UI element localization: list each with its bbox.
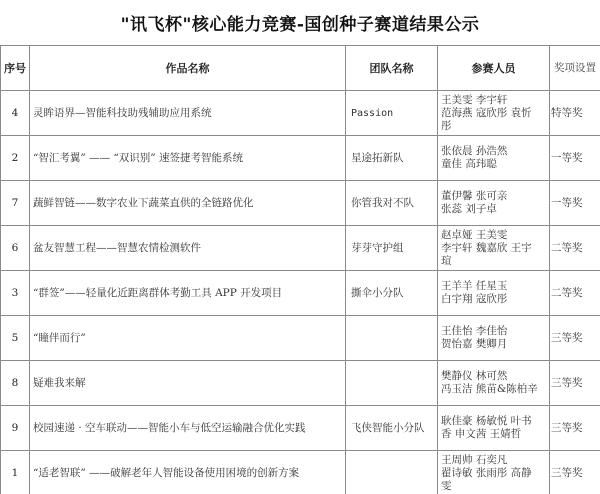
members-line: 赵卓娅 王美雯 bbox=[441, 229, 549, 242]
table-row: 3 “群签”——轻量化近距离群体考勤工具 APP 开发项目 撕伞小分队 王羊羊 … bbox=[1, 271, 600, 316]
cell-work: “适老智联” ——破解老年人智能设备使用困境的创新方案 bbox=[30, 451, 346, 494]
members-line: 冯玉洁 熊苗&陈柏辛 bbox=[441, 383, 549, 396]
cell-work: 灵眸语界—智能科技助残辅助应用系统 bbox=[30, 91, 346, 136]
header-work: 作品名称 bbox=[30, 46, 346, 91]
cell-members: 董伊馨 张可亲 张蕊 刘子卓 bbox=[438, 181, 550, 226]
table-row: 5 “瞳伴而行” 王佳怡 李佳怡 贺怡嘉 樊卿月 三等奖 bbox=[1, 316, 600, 361]
cell-award: 二等奖 bbox=[550, 226, 600, 271]
members-line: 王佳怡 李佳怡 bbox=[441, 325, 549, 338]
header-index: 序号 bbox=[1, 46, 30, 91]
cell-members: 耿佳豪 杨敏悦 叶书 香 申文茜 王婧哲 bbox=[438, 406, 550, 451]
members-line: 范海燕 寇欣彤 袁忻 bbox=[441, 107, 549, 120]
members-line: 王美雯 李宇轩 bbox=[441, 94, 549, 107]
members-line: 樊静仪 林可然 bbox=[441, 370, 549, 383]
members-line: 雯 bbox=[441, 480, 549, 493]
members-line: 翟诗敏 张雨彤 高静 bbox=[441, 467, 549, 480]
cell-members: 王美雯 李宇轩 范海燕 寇欣彤 袁忻 彤 bbox=[438, 91, 550, 136]
members-line: 彤 bbox=[441, 120, 549, 133]
cell-team bbox=[346, 316, 438, 361]
cell-award: 一等奖 bbox=[550, 181, 600, 226]
cell-work: 盆友智慧工程——智慧农情检测软件 bbox=[30, 226, 346, 271]
cell-work: 校园速递 · 空车联动——智能小车与低空运输融合优化实践 bbox=[30, 406, 346, 451]
table-row: 2 “智汇考翼” —— “双识别” 速签捷考智能系统 星途拓新队 张依晨 孙浩然… bbox=[1, 136, 600, 181]
table-row: 8 疑难我来解 樊静仪 林可然 冯玉洁 熊苗&陈柏辛 三等奖 bbox=[1, 361, 600, 406]
results-table: 序号 作品名称 团队名称 参赛人员 奖项设置 4 灵眸语界—智能科技助残辅助应用… bbox=[0, 45, 600, 494]
cell-work: “群签”——轻量化近距离群体考勤工具 APP 开发项目 bbox=[30, 271, 346, 316]
members-line: 王羊羊 任星玉 bbox=[441, 280, 549, 293]
cell-award: 三等奖 bbox=[550, 361, 600, 406]
cell-index: 9 bbox=[1, 406, 30, 451]
cell-work: “智汇考翼” —— “双识别” 速签捷考智能系统 bbox=[30, 136, 346, 181]
members-line: 董伊馨 张可亲 bbox=[441, 190, 549, 203]
members-line: 张依晨 孙浩然 bbox=[441, 145, 549, 158]
cell-index: 3 bbox=[1, 271, 30, 316]
cell-index: 5 bbox=[1, 316, 30, 361]
cell-award: 特等奖 bbox=[550, 91, 600, 136]
cell-team: 飞侠智能小分队 bbox=[346, 406, 438, 451]
cell-index: 6 bbox=[1, 226, 30, 271]
cell-team: 星途拓新队 bbox=[346, 136, 438, 181]
cell-team: 撕伞小分队 bbox=[346, 271, 438, 316]
cell-award: 二等奖 bbox=[550, 271, 600, 316]
cell-index: 7 bbox=[1, 181, 30, 226]
table-row: 7 蔬鲜智链——数字农业下蔬菜直供的全链路优化 你管我对不队 董伊馨 张可亲 张… bbox=[1, 181, 600, 226]
cell-award: 三等奖 bbox=[550, 316, 600, 361]
cell-team bbox=[346, 451, 438, 494]
members-line: 瑄 bbox=[441, 255, 549, 268]
table-row: 4 灵眸语界—智能科技助残辅助应用系统 Passion 王美雯 李宇轩 范海燕 … bbox=[1, 91, 600, 136]
cell-members: 张依晨 孙浩然 童佳 高玮聪 bbox=[438, 136, 550, 181]
table-row: 6 盆友智慧工程——智慧农情检测软件 芽芽守护组 赵卓娅 王美雯 李宇轩 魏嘉欣… bbox=[1, 226, 600, 271]
header-members: 参赛人员 bbox=[438, 46, 550, 91]
cell-members: 赵卓娅 王美雯 李宇轩 魏嘉欣 王宇 瑄 bbox=[438, 226, 550, 271]
cell-members: 王周帅 石奕凡 翟诗敏 张雨彤 高静 雯 bbox=[438, 451, 550, 494]
cell-work: “瞳伴而行” bbox=[30, 316, 346, 361]
cell-index: 8 bbox=[1, 361, 30, 406]
members-line: 贺怡嘉 樊卿月 bbox=[441, 338, 549, 351]
members-line: 童佳 高玮聪 bbox=[441, 158, 549, 171]
cell-team: Passion bbox=[346, 91, 438, 136]
table-row: 9 校园速递 · 空车联动——智能小车与低空运输融合优化实践 飞侠智能小分队 耿… bbox=[1, 406, 600, 451]
cell-team: 芽芽守护组 bbox=[346, 226, 438, 271]
table-header-row: 序号 作品名称 团队名称 参赛人员 奖项设置 bbox=[1, 46, 600, 91]
cell-index: 1 bbox=[1, 451, 30, 494]
cell-team bbox=[346, 361, 438, 406]
header-award: 奖项设置 bbox=[550, 46, 600, 91]
cell-award: 三等奖 bbox=[550, 451, 600, 494]
cell-members: 王羊羊 任星玉 白宇翔 寇欣彤 bbox=[438, 271, 550, 316]
cell-index: 4 bbox=[1, 91, 30, 136]
cell-members: 王佳怡 李佳怡 贺怡嘉 樊卿月 bbox=[438, 316, 550, 361]
members-line: 白宇翔 寇欣彤 bbox=[441, 293, 549, 306]
header-team: 团队名称 bbox=[346, 46, 438, 91]
cell-team: 你管我对不队 bbox=[346, 181, 438, 226]
cell-members: 樊静仪 林可然 冯玉洁 熊苗&陈柏辛 bbox=[438, 361, 550, 406]
cell-index: 2 bbox=[1, 136, 30, 181]
cell-award: 一等奖 bbox=[550, 136, 600, 181]
table-row: 1 “适老智联” ——破解老年人智能设备使用困境的创新方案 王周帅 石奕凡 翟诗… bbox=[1, 451, 600, 494]
cell-award: 三等奖 bbox=[550, 406, 600, 451]
members-line: 王周帅 石奕凡 bbox=[441, 454, 549, 467]
cell-work: 疑难我来解 bbox=[30, 361, 346, 406]
members-line: 李宇轩 魏嘉欣 王宇 bbox=[441, 242, 549, 255]
page-title: "讯飞杯"核心能力竞赛-国创种子赛道结果公示 bbox=[0, 0, 600, 45]
members-line: 耿佳豪 杨敏悦 叶书 bbox=[441, 415, 549, 428]
members-line: 香 申文茜 王婧哲 bbox=[441, 428, 549, 441]
cell-work: 蔬鲜智链——数字农业下蔬菜直供的全链路优化 bbox=[30, 181, 346, 226]
members-line: 张蕊 刘子卓 bbox=[441, 203, 549, 216]
